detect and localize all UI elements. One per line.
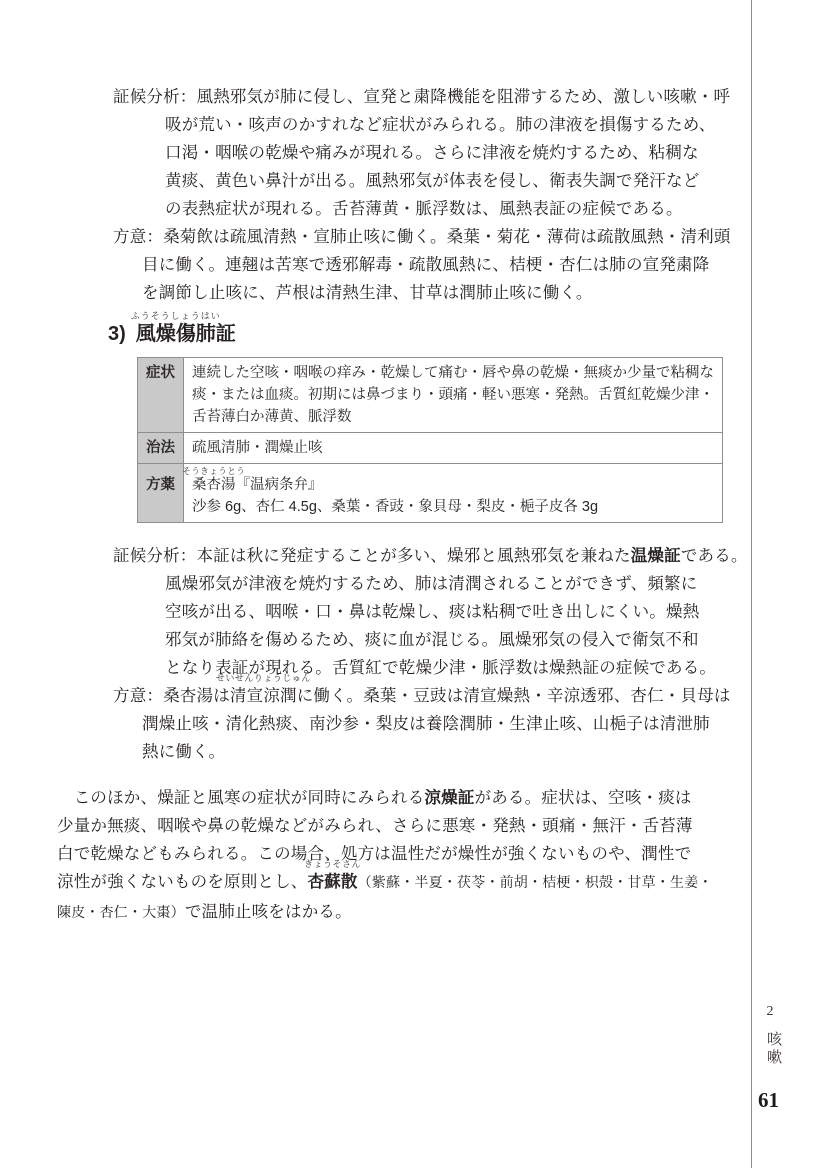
hoi-label: 方意： (113, 686, 163, 705)
paragraph-hoi-2: 方意：桑杏湯は清宣涼潤せいせんりょうじゅんに働く。桑葉・豆豉は清宣燥熱・辛涼透邪… (113, 682, 725, 766)
furigana: ふうそうしょうはい (131, 312, 221, 321)
table-row-treatment: 治法 疏風清肺・潤燥止咳 (138, 433, 723, 464)
paragraph-analysis-1: 証候分析：風熱邪気が肺に侵し、宣発と粛降機能を阻滞するため、激しい咳嗽・呼吸が荒… (113, 83, 725, 223)
analysis-label: 証候分析： (113, 546, 197, 565)
textbook-page: 証候分析：風熱邪気が肺に侵し、宣発と粛降機能を阻滞するため、激しい咳嗽・呼吸が荒… (0, 0, 830, 1172)
row-header-symptoms: 症状 (138, 358, 184, 433)
closing-text: このほか、燥証と風寒の症状が同時にみられる涼燥証がある。症状は、空咳・痰は少量か… (57, 788, 713, 921)
table-row-formula: 方薬 桑杏湯そうきょうとう『温病条弁』沙参 6g、杏仁 4.5g、桑葉・香豉・象… (138, 464, 723, 523)
section-title: 風燥傷肺ふうそうしょうはい証 (136, 323, 236, 345)
chapter-number: 2 (760, 1004, 780, 1020)
hoi-label: 方意： (113, 227, 163, 246)
section-number: 3) (108, 323, 126, 345)
hoi-2-text: 桑杏湯は清宣涼潤せいせんりょうじゅんに働く。桑葉・豆豉は清宣燥熱・辛涼透邪、杏仁… (142, 686, 731, 761)
furigana: そうきょうとう (182, 467, 245, 476)
row-content-treatment: 疏風清肺・潤燥止咳 (184, 433, 723, 464)
furigana: せいせんりょうじゅん (216, 674, 311, 683)
paragraph-hoi-1: 方意：桑菊飲は疏風清熱・宣肺止咳に働く。桑葉・菊花・薄荷は疏散風熱・清利頭目に働… (113, 223, 725, 307)
table-row-symptoms: 症状 連続した空咳・咽喉の痒み・乾燥して痛む・唇や鼻の乾燥・無痰か少量で粘稠な痰… (138, 358, 723, 433)
row-content-formula: 桑杏湯そうきょうとう『温病条弁』沙参 6g、杏仁 4.5g、桑葉・香豉・象貝母・… (184, 464, 723, 523)
hoi-1-text: 桑菊飲は疏風清熱・宣肺止咳に働く。桑葉・菊花・薄荷は疏散風熱・清利頭目に働く。連… (142, 227, 731, 302)
section-heading: 3)風燥傷肺ふうそうしょうはい証 (108, 321, 725, 347)
row-header-treatment: 治法 (138, 433, 184, 464)
analysis-label: 証候分析： (113, 87, 197, 106)
analysis-2-text: 本証は秋に発症することが多い、燥邪と風熱邪気を兼ねた温燥証である。風燥邪気が津液… (165, 546, 748, 677)
furigana: きょうそさん (304, 860, 361, 869)
analysis-1-text: 風熱邪気が肺に侵し、宣発と粛降機能を阻滞するため、激しい咳嗽・呼吸が荒い・咳声の… (165, 87, 730, 218)
row-header-formula: 方薬 (138, 464, 184, 523)
page-number: 61 (758, 1088, 779, 1113)
paragraph-closing: このほか、燥証と風寒の症状が同時にみられる涼燥証がある。症状は、空咳・痰は少量か… (57, 784, 725, 928)
content-column: 証候分析：風熱邪気が肺に侵し、宣発と粛降機能を阻滞するため、激しい咳嗽・呼吸が荒… (57, 83, 725, 928)
row-content-symptoms: 連続した空咳・咽喉の痒み・乾燥して痛む・唇や鼻の乾燥・無痰か少量で粘稠な痰・また… (184, 358, 723, 433)
paragraph-analysis-2: 証候分析：本証は秋に発症することが多い、燥邪と風熱邪気を兼ねた温燥証である。風燥… (113, 542, 725, 682)
chapter-title-vertical: 咳嗽 (763, 1031, 784, 1067)
prescription-table: 症状 連続した空咳・咽喉の痒み・乾燥して痛む・唇や鼻の乾燥・無痰か少量で粘稠な痰… (137, 357, 723, 523)
margin-rule (751, 0, 752, 1168)
